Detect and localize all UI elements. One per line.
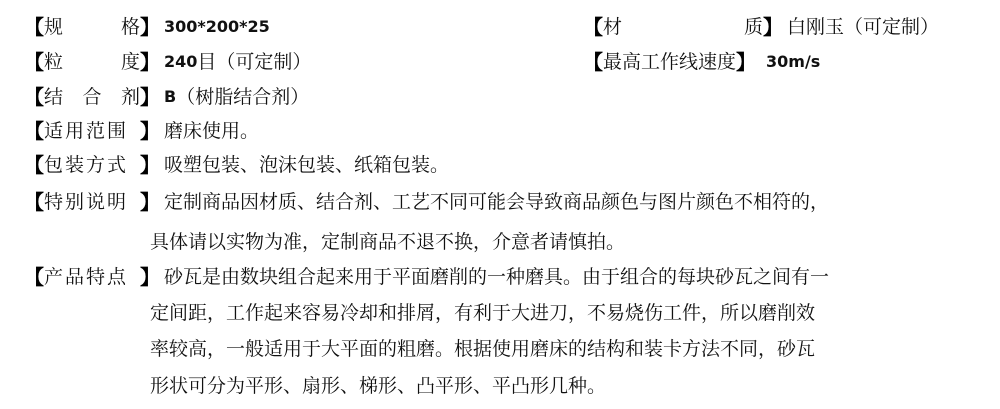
spec-label-usage: 适用范围 [44,116,140,146]
bracket-close: 】 [763,12,783,42]
spec-row-material: 【 材 质 】 白刚玉（可定制） [583,12,939,42]
bracket-close: 】 [140,150,160,180]
spec-row-grit: 【 粒 度 】 240 目（可定制） [24,47,311,77]
spec-value-packaging: 吸塑包装、泡沫包装、纸箱包装。 [164,150,449,180]
bracket-close: 】 [140,187,160,217]
bracket-open: 【 [24,12,44,42]
spec-label-size: 规 格 [44,12,140,42]
spec-value-features-line-1: 砂瓦是由数块组合起来用于平面磨削的一种磨具。由于组合的每块砂瓦之间有一 [164,262,829,292]
spec-row-notice: 【 特别说明 】 定制商品因材质、结合剂、工艺不同可能会导致商品颜色与图片颜色不… [24,187,829,217]
spec-label-binder: 结 合 剂 [44,82,140,112]
label-char: 剂 [121,82,140,112]
spec-value-max-speed: 30m/s [766,47,820,77]
bracket-close: 】 [140,82,160,112]
spec-value-features-line-2: 定间距，工作起来容易冷却和排屑，有利于大进刀，不易烧伤工件，所以磨削效 [150,298,815,328]
bracket-close: 】 [736,47,756,77]
spec-value-features-line-4: 形状可分为平形、扇形、梯形、凸平形、平凸形几种。 [150,371,606,401]
spec-label-max-speed: 最高工作线速度 [603,47,736,77]
spec-value-features-line-3: 率较高，一般适用于大平面的粗磨。根据使用磨床的结构和装卡方法不同，砂瓦 [150,334,815,364]
bracket-open: 【 [24,187,44,217]
label-char: 粒 [44,47,63,77]
spec-value-binder-code: B [164,82,176,112]
spec-row-size: 【 规 格 】 300*200*25 [24,12,270,42]
spec-row-binder: 【 结 合 剂 】 B （树脂结合剂） [24,82,309,112]
bracket-open: 【 [24,47,44,77]
label-char: 结 [44,82,63,112]
bracket-open: 【 [583,12,603,42]
label-char: 质 [744,12,763,42]
spec-value-material: 白刚玉（可定制） [787,12,939,42]
spec-value-notice-line-2: 具体请以实物为准，定制商品不退不换，介意者请慎拍。 [150,227,625,257]
spec-label-material: 材 质 [603,12,763,42]
spec-value-binder-type: （树脂结合剂） [176,82,309,112]
spec-label-grit: 粒 度 [44,47,140,77]
bracket-open: 【 [24,116,44,146]
spec-value-grit-number: 240 [164,47,197,77]
spec-row-max-speed: 【 最高工作线速度 】 30m/s [583,47,820,77]
bracket-open: 【 [24,262,44,292]
spec-row-features: 【 产品特点 】 砂瓦是由数块组合起来用于平面磨削的一种磨具。由于组合的每块砂瓦… [24,262,829,292]
spec-value-grit-unit: 目（可定制） [197,47,311,77]
spec-label-notice: 特别说明 [44,187,140,217]
bracket-open: 【 [24,150,44,180]
spec-label-packaging: 包装方式 [44,150,140,180]
bracket-close: 】 [140,12,160,42]
bracket-open: 【 [583,47,603,77]
label-char: 材 [603,12,622,42]
spec-value-notice-line-1: 定制商品因材质、结合剂、工艺不同可能会导致商品颜色与图片颜色不相符的， [164,187,829,217]
bracket-close: 】 [140,116,160,146]
spec-row-usage: 【 适用范围 】 磨床使用。 [24,116,259,146]
label-char: 合 [82,82,101,112]
label-char: 度 [121,47,140,77]
label-char: 格 [121,12,140,42]
bracket-close: 】 [140,47,160,77]
spec-value-usage: 磨床使用。 [164,116,259,146]
spec-label-features: 产品特点 [44,262,140,292]
bracket-open: 【 [24,82,44,112]
label-char: 规 [44,12,63,42]
spec-value-size: 300*200*25 [164,12,270,42]
bracket-close: 】 [140,262,160,292]
spec-row-packaging: 【 包装方式 】 吸塑包装、泡沫包装、纸箱包装。 [24,150,449,180]
